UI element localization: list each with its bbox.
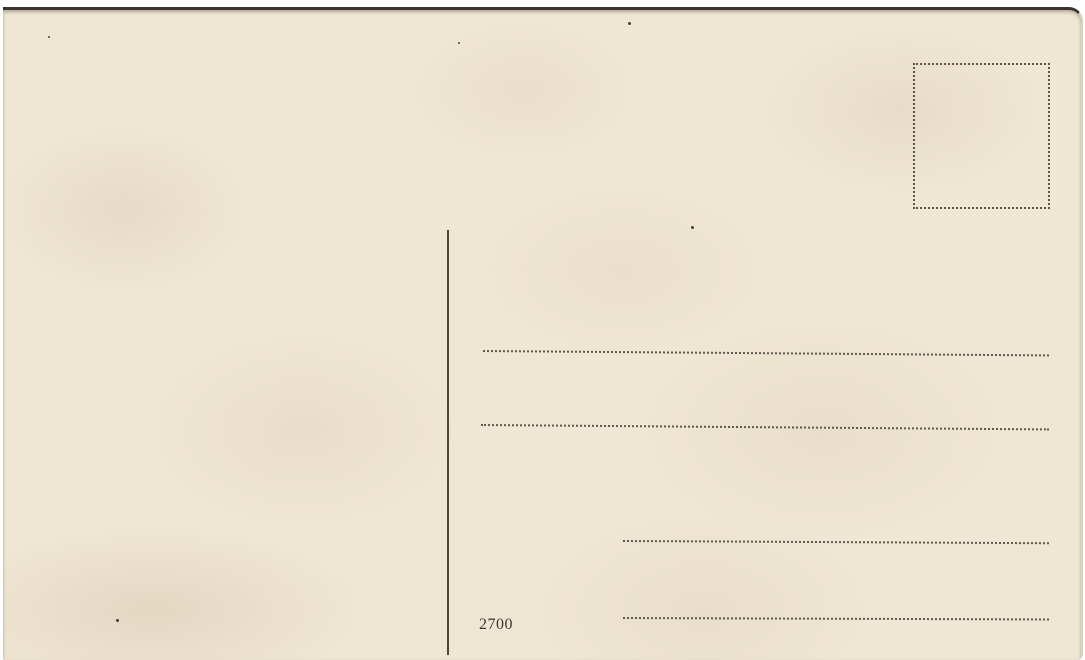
address-line-2: [481, 424, 1049, 430]
paper-speck: [691, 226, 694, 229]
card-number: 2700: [479, 616, 513, 634]
paper-speck: [48, 36, 50, 38]
address-line-3: [623, 540, 1049, 544]
address-line-1: [483, 350, 1049, 356]
center-divider-line: [447, 230, 449, 655]
paper-speck: [116, 619, 119, 622]
paper-speck: [628, 22, 631, 25]
paper-speck: [458, 42, 460, 44]
stamp-placement-box: [913, 63, 1050, 209]
address-line-4: [623, 617, 1049, 620]
postcard-back: 2700: [3, 7, 1083, 660]
